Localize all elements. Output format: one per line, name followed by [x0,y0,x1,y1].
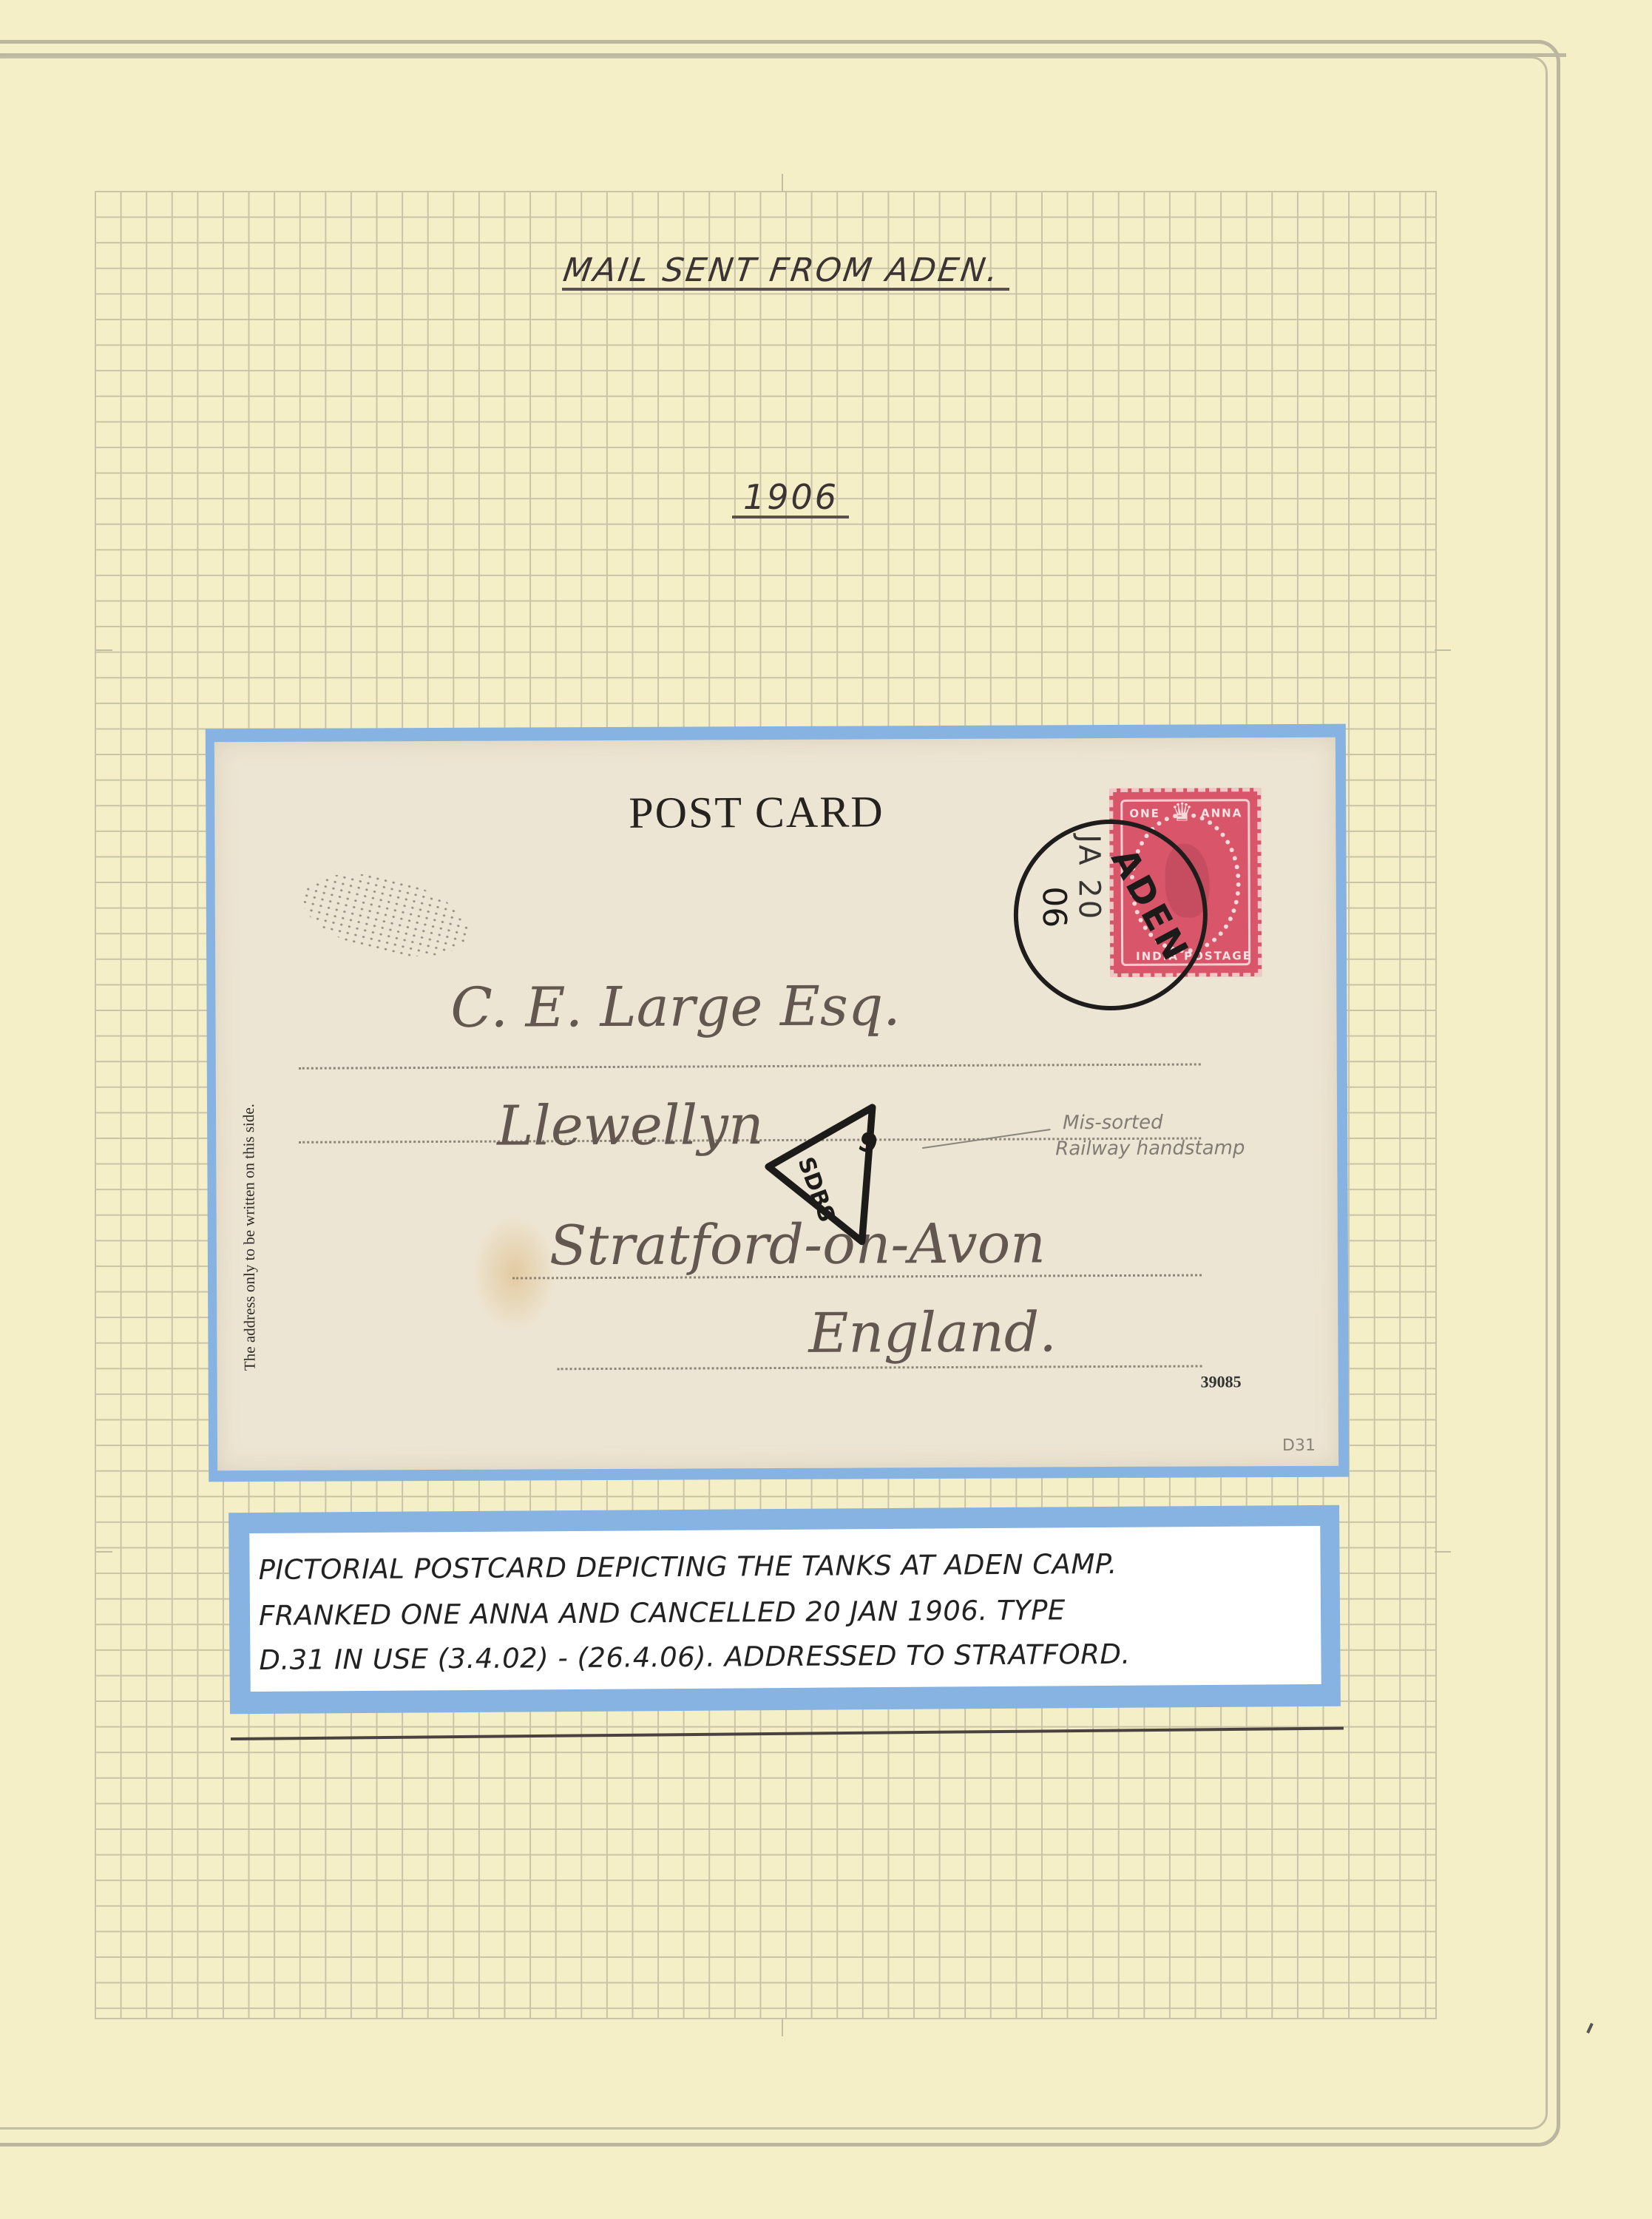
address-dotted-line-1 [299,1063,1201,1069]
pencil-annotation-line-1: Mis-sorted [1063,1112,1163,1135]
address-line-country: England. [808,1300,1057,1365]
crown-icon: ♛ [1171,798,1194,828]
postcard-title: POST CARD [629,786,884,839]
address-side-instruction: The address only to be written on this s… [240,1104,260,1371]
address-line-house: Llewellyn [497,1093,764,1158]
address-dotted-line-4 [558,1365,1202,1370]
grid-tick-right-lower [1435,1551,1451,1553]
cancellation-date: JA 20 [1072,834,1106,921]
address-line-name: C. E. Large Esq. [450,974,901,1040]
caption-line-1: PICTORIAL POSTCARD DEPICTING THE TANKS A… [258,1548,1117,1586]
foxing-stain [472,1214,558,1333]
caption-line-2: FRANKED ONE ANNA AND CANCELLED 20 JAN 19… [259,1594,1066,1632]
page-year-underline [732,516,849,519]
grid-center-tick-top [782,174,783,192]
postcard: POST CARD The address only to be written… [214,737,1338,1471]
grid-center-tick-bottom [782,2018,783,2036]
cancellation-year: 06 [1035,886,1073,928]
pencil-type-note: D31 [1282,1436,1316,1455]
grid-tick-right-upper [1435,649,1451,651]
page-year: 1906 [743,477,839,517]
grid-tick-left-lower [96,1551,112,1553]
ink-smudge [294,859,476,971]
pencil-annotation-line-2: Railway handstamp [1055,1137,1245,1160]
grid-tick-left-upper [96,649,112,651]
page-heading: MAIL SENT FROM ADEN. [561,251,1002,289]
caption-card: PICTORIAL POSTCARD DEPICTING THE TANKS A… [249,1526,1321,1692]
card-number: 39085 [1201,1372,1242,1391]
caption-line-3: D.31 IN USE (3.4.02) - (26.4.06). ADDRES… [259,1638,1131,1676]
pencil-mark [1586,2023,1594,2033]
stamp-value-word: ONE [1129,807,1160,820]
page-heading-underline [562,288,1009,291]
stamp-currency: ANNA [1201,806,1242,820]
